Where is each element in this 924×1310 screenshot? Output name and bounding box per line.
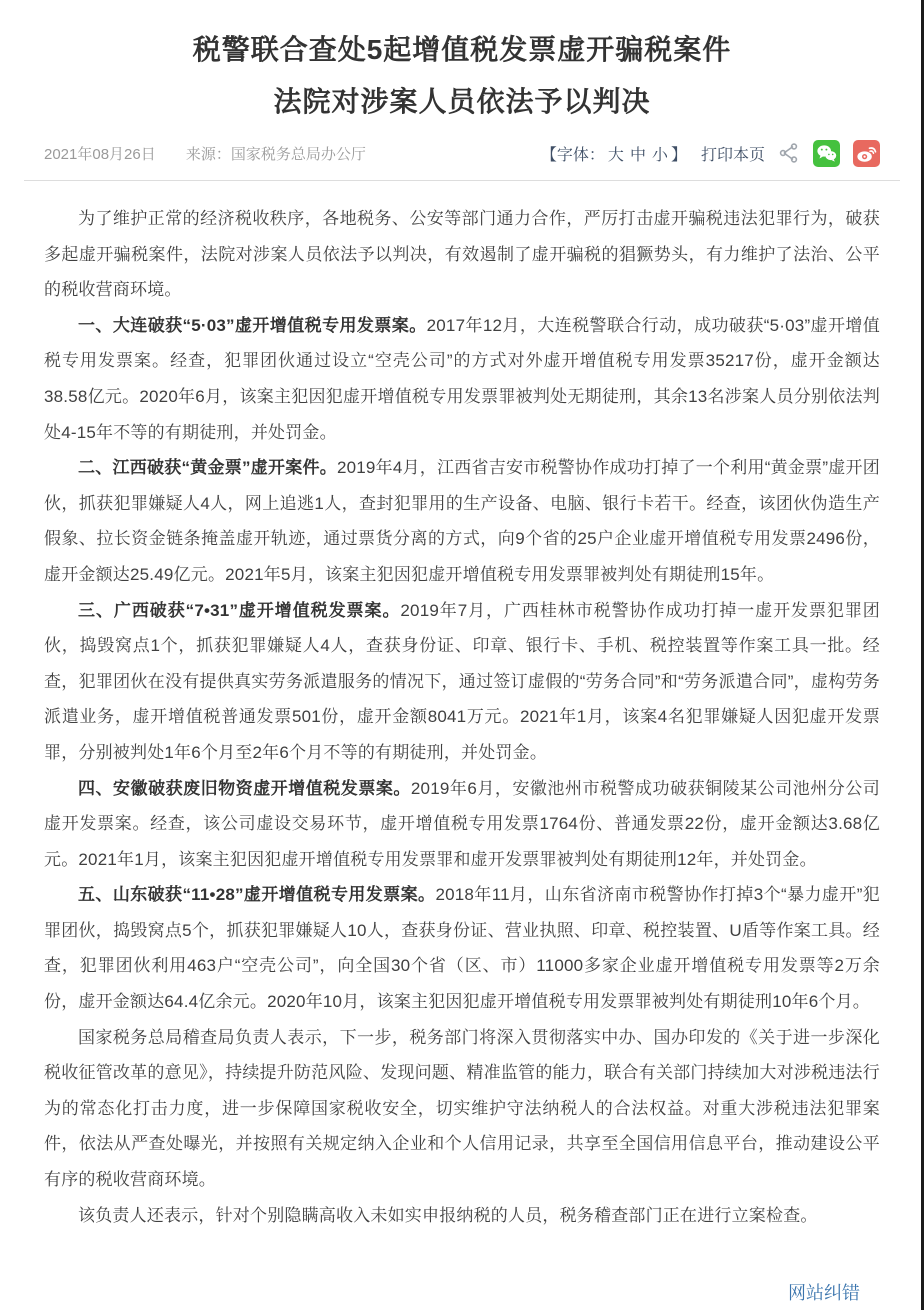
font-large-button[interactable]: 大 bbox=[608, 147, 624, 164]
meta-tools: 【字体：大中小】 打印本页 bbox=[541, 140, 880, 167]
paragraph-lead: 四、安徽破获废旧物资虚开增值税发票案。 bbox=[78, 779, 411, 798]
title-line-1: 税警联合查处5起增值税发票虚开骗税案件 bbox=[44, 24, 880, 76]
font-size-control: 【字体：大中小】 bbox=[541, 142, 687, 165]
page-title: 税警联合查处5起增值税发票虚开骗税案件 法院对涉案人员依法予以判决 bbox=[44, 18, 880, 128]
print-page-button[interactable]: 打印本页 bbox=[701, 142, 765, 165]
font-label-suffix: 】 bbox=[671, 147, 687, 164]
meta-info: 2021年08月26日 来源：国家税务总局办公厅 bbox=[44, 143, 366, 164]
article-source: 来源：国家税务总局办公厅 bbox=[186, 146, 366, 163]
paragraph-official-statement: 国家税务总局稽查局负责人表示，下一步，税务部门将深入贯彻落实中办、国办印发的《关… bbox=[44, 1020, 880, 1198]
paragraph-lead: 五、山东破获“11•28”虚开增值税专用发票案。 bbox=[78, 885, 435, 904]
paragraph-lead: 二、江西破获“黄金票”虚开案件。 bbox=[78, 458, 337, 477]
font-small-button[interactable]: 小 bbox=[652, 147, 668, 164]
paragraph-closing: 该负责人还表示，针对个别隐瞒高收入未如实申报纳税的人员，税务稽查部门正在进行立案… bbox=[44, 1198, 880, 1234]
font-medium-button[interactable]: 中 bbox=[630, 147, 646, 164]
font-label-prefix: 【字体： bbox=[541, 147, 605, 164]
paragraph-case-2: 二、江西破获“黄金票”虚开案件。2019年4月，江西省吉安市税警协作成功打掉了一… bbox=[44, 450, 880, 592]
paragraph-intro: 为了维护正常的经济税收秩序，各地税务、公安等部门通力合作，严厉打击虚开骗税违法犯… bbox=[44, 201, 880, 308]
title-line-2: 法院对涉案人员依法予以判决 bbox=[44, 76, 880, 128]
wechat-icon[interactable] bbox=[813, 140, 840, 167]
paragraph-text: 国家税务总局稽查局负责人表示，下一步，税务部门将深入贯彻落实中办、国办印发的《关… bbox=[44, 1028, 880, 1189]
paragraph-text: 该负责人还表示，针对个别隐瞒高收入未如实申报纳税的人员，税务稽查部门正在进行立案… bbox=[78, 1206, 818, 1225]
paragraph-case-5: 五、山东破获“11•28”虚开增值税专用发票案。2018年11月，山东省济南市税… bbox=[44, 877, 880, 1019]
site-error-link[interactable]: 网站纠错 bbox=[788, 1279, 860, 1305]
paragraph-case-4: 四、安徽破获废旧物资虚开增值税发票案。2019年6月，安徽池州市税警成功破获铜陵… bbox=[44, 771, 880, 878]
publish-date: 2021年08月26日 bbox=[44, 146, 156, 163]
article-body: 为了维护正常的经济税收秩序，各地税务、公安等部门通力合作，严厉打击虚开骗税违法犯… bbox=[44, 201, 880, 1233]
paragraph-case-3: 三、广西破获“7•31”虚开增值税发票案。2019年7月，广西桂林市税警协作成功… bbox=[44, 593, 880, 771]
article-page: 税警联合查处5起增值税发票虚开骗税案件 法院对涉案人员依法予以判决 2021年0… bbox=[0, 0, 924, 1233]
meta-row: 2021年08月26日 来源：国家税务总局办公厅 【字体：大中小】 打印本页 bbox=[44, 138, 880, 168]
weibo-icon[interactable] bbox=[853, 140, 880, 167]
paragraph-text: 为了维护正常的经济税收秩序，各地税务、公安等部门通力合作，严厉打击虚开骗税违法犯… bbox=[44, 209, 880, 299]
paragraph-lead: 三、广西破获“7•31”虚开增值税发票案。 bbox=[78, 601, 400, 620]
meta-divider bbox=[24, 180, 900, 181]
paragraph-text: 2019年7月，广西桂林市税警协作成功打掉一虚开发票犯罪团伙，捣毁窝点1个，抓获… bbox=[44, 601, 880, 762]
share-icon[interactable] bbox=[778, 141, 800, 165]
paragraph-lead: 一、大连破获“5·03”虚开增值税专用发票案。 bbox=[78, 316, 427, 335]
paragraph-case-1: 一、大连破获“5·03”虚开增值税专用发票案。2017年12月，大连税警联合行动… bbox=[44, 308, 880, 450]
